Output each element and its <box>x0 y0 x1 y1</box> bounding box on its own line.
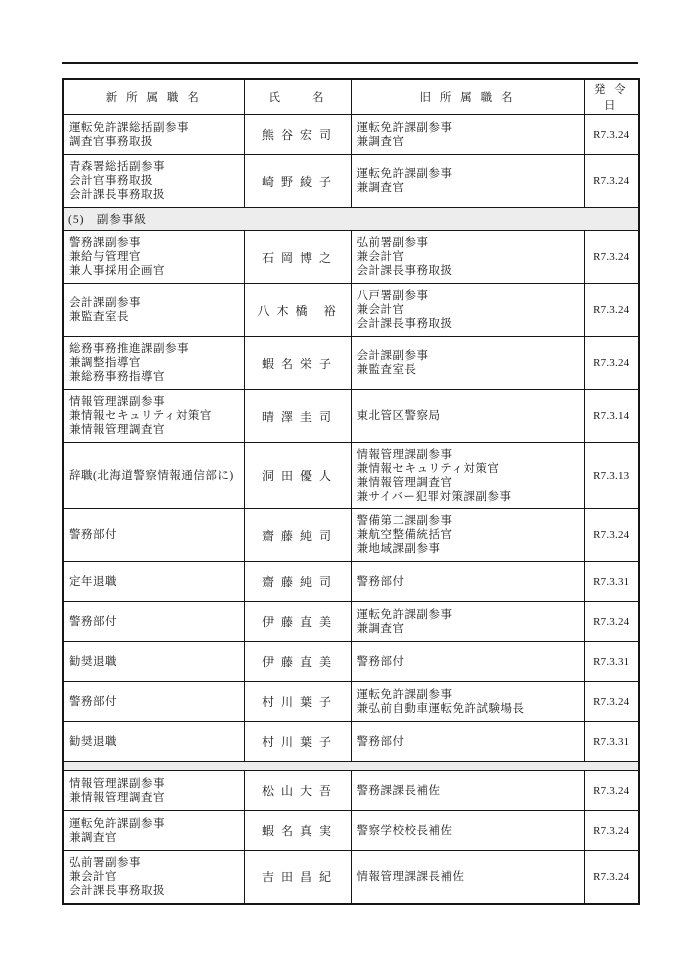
table-row: 警務部付村 川 葉 子運転免許課副参事 兼弘前自動車運転免許試験場長R7.3.2… <box>63 682 639 722</box>
date-cell: R7.3.24 <box>584 811 639 851</box>
date-cell: R7.3.24 <box>584 115 639 155</box>
table-row: 青森署総括副参事 会計官事務取扱 会計課長事務取扱崎 野 綾 子運転免許課副参事… <box>63 155 639 208</box>
name-cell: 村 川 葉 子 <box>244 682 351 722</box>
col-header-new-position: 新 所 属 職 名 <box>63 79 244 115</box>
table-row: 辞職(北海道警察情報通信部に)洞 田 優 人情報管理課副参事 兼情報セキュリティ… <box>63 443 639 509</box>
personnel-transfer-table: 新 所 属 職 名 氏 名 旧 所 属 職 名 発 令 日 運転免許課総括副参事… <box>62 78 640 905</box>
old-position-cell: 警務課課長補佐 <box>351 771 584 811</box>
date-cell: R7.3.13 <box>584 443 639 509</box>
new-position-cell: 勧奨退職 <box>63 722 244 762</box>
previous-table-bottom-border <box>62 62 638 64</box>
old-position-cell: 会計課副参事 兼監査室長 <box>351 337 584 390</box>
old-position-cell: 警務部付 <box>351 642 584 682</box>
new-position-cell: 警務部付 <box>63 509 244 562</box>
date-cell: R7.3.24 <box>584 851 639 904</box>
spacer-band <box>63 762 639 771</box>
old-position-cell: 警備第二課副参事 兼航空整備統括官 兼地域課副参事 <box>351 509 584 562</box>
old-position-cell: 警務部付 <box>351 722 584 762</box>
col-header-old-position: 旧 所 属 職 名 <box>351 79 584 115</box>
name-cell: 晴 澤 圭 司 <box>244 390 351 443</box>
date-cell: R7.3.24 <box>584 682 639 722</box>
new-position-cell: 会計課副参事 兼監査室長 <box>63 284 244 337</box>
old-position-cell: 弘前署副参事 兼会計官 会計課長事務取扱 <box>351 231 584 284</box>
name-cell: 齋 藤 純 司 <box>244 509 351 562</box>
table-row: 情報管理課副参事 兼情報管理調査官松 山 大 吾警務課課長補佐R7.3.24 <box>63 771 639 811</box>
old-position-cell: 運転免許課副参事 兼調査官 <box>351 115 584 155</box>
new-position-cell: 辞職(北海道警察情報通信部に) <box>63 443 244 509</box>
table-row: 総務事務推進課副参事 兼調整指導官 兼総務事務指導官蝦 名 栄 子会計課副参事 … <box>63 337 639 390</box>
old-position-cell: 運転免許課副参事 兼調査官 <box>351 155 584 208</box>
table-row: 弘前署副参事 兼会計官 会計課長事務取扱吉 田 昌 紀情報管理課課長補佐R7.3… <box>63 851 639 904</box>
old-position-cell: 警察学校校長補佐 <box>351 811 584 851</box>
table-row: 情報管理課副参事 兼情報セキュリティ対策官 兼情報管理調査官晴 澤 圭 司東北管… <box>63 390 639 443</box>
new-position-cell: 情報管理課副参事 兼情報セキュリティ対策官 兼情報管理調査官 <box>63 390 244 443</box>
name-cell: 石 岡 博 之 <box>244 231 351 284</box>
name-cell: 崎 野 綾 子 <box>244 155 351 208</box>
table-row: 会計課副参事 兼監査室長八 木 橋 裕八戸署副参事 兼会計官 会計課長事務取扱R… <box>63 284 639 337</box>
date-cell: R7.3.31 <box>584 722 639 762</box>
section-header-row: (5) 副参事級 <box>63 208 639 231</box>
old-position-cell: 情報管理課課長補佐 <box>351 851 584 904</box>
name-cell: 伊 藤 直 美 <box>244 642 351 682</box>
date-cell: R7.3.24 <box>584 284 639 337</box>
name-cell: 伊 藤 直 美 <box>244 602 351 642</box>
table-row: 警務部付伊 藤 直 美運転免許課副参事 兼調査官R7.3.24 <box>63 602 639 642</box>
col-header-issue-date: 発 令 日 <box>584 79 639 115</box>
old-position-cell: 運転免許課副参事 兼弘前自動車運転免許試験場長 <box>351 682 584 722</box>
date-cell: R7.3.14 <box>584 390 639 443</box>
new-position-cell: 弘前署副参事 兼会計官 会計課長事務取扱 <box>63 851 244 904</box>
new-position-cell: 警務課副参事 兼給与管理官 兼人事採用企画官 <box>63 231 244 284</box>
table-row: 警務課副参事 兼給与管理官 兼人事採用企画官石 岡 博 之弘前署副参事 兼会計官… <box>63 231 639 284</box>
old-position-cell: 八戸署副参事 兼会計官 会計課長事務取扱 <box>351 284 584 337</box>
name-cell: 村 川 葉 子 <box>244 722 351 762</box>
name-cell: 吉 田 昌 紀 <box>244 851 351 904</box>
date-cell: R7.3.24 <box>584 602 639 642</box>
date-cell: R7.3.24 <box>584 155 639 208</box>
date-cell: R7.3.31 <box>584 642 639 682</box>
name-cell: 八 木 橋 裕 <box>244 284 351 337</box>
date-cell: R7.3.24 <box>584 337 639 390</box>
new-position-cell: 運転免許課総括副参事 調査官事務取扱 <box>63 115 244 155</box>
new-position-cell: 総務事務推進課副参事 兼調整指導官 兼総務事務指導官 <box>63 337 244 390</box>
name-cell: 洞 田 優 人 <box>244 443 351 509</box>
table-row: 勧奨退職伊 藤 直 美警務部付R7.3.31 <box>63 642 639 682</box>
document-page: 新 所 属 職 名 氏 名 旧 所 属 職 名 発 令 日 運転免許課総括副参事… <box>0 0 680 961</box>
date-cell: R7.3.24 <box>584 509 639 562</box>
old-position-cell: 警務部付 <box>351 562 584 602</box>
old-position-cell: 東北管区警察局 <box>351 390 584 443</box>
table-body: 運転免許課総括副参事 調査官事務取扱熊 谷 宏 司運転免許課副参事 兼調査官R7… <box>63 115 639 904</box>
new-position-cell: 定年退職 <box>63 562 244 602</box>
old-position-cell: 運転免許課副参事 兼調査官 <box>351 602 584 642</box>
table-row: 勧奨退職村 川 葉 子警務部付R7.3.31 <box>63 722 639 762</box>
date-cell: R7.3.24 <box>584 771 639 811</box>
new-position-cell: 警務部付 <box>63 682 244 722</box>
new-position-cell: 運転免許課副参事 兼調査官 <box>63 811 244 851</box>
new-position-cell: 情報管理課副参事 兼情報管理調査官 <box>63 771 244 811</box>
name-cell: 松 山 大 吾 <box>244 771 351 811</box>
name-cell: 蝦 名 栄 子 <box>244 337 351 390</box>
section-label: (5) 副参事級 <box>63 208 639 231</box>
name-cell: 齋 藤 純 司 <box>244 562 351 602</box>
table-header-row: 新 所 属 職 名 氏 名 旧 所 属 職 名 発 令 日 <box>63 79 639 115</box>
date-cell: R7.3.24 <box>584 231 639 284</box>
name-cell: 蝦 名 真 実 <box>244 811 351 851</box>
new-position-cell: 勧奨退職 <box>63 642 244 682</box>
table-row: 定年退職齋 藤 純 司警務部付R7.3.31 <box>63 562 639 602</box>
spacer-row <box>63 762 639 771</box>
date-cell: R7.3.31 <box>584 562 639 602</box>
new-position-cell: 警務部付 <box>63 602 244 642</box>
old-position-cell: 情報管理課副参事 兼情報セキュリティ対策官 兼情報管理調査官 兼サイバー犯罪対策… <box>351 443 584 509</box>
name-cell: 熊 谷 宏 司 <box>244 115 351 155</box>
col-header-name: 氏 名 <box>244 79 351 115</box>
table-row: 警務部付齋 藤 純 司警備第二課副参事 兼航空整備統括官 兼地域課副参事R7.3… <box>63 509 639 562</box>
new-position-cell: 青森署総括副参事 会計官事務取扱 会計課長事務取扱 <box>63 155 244 208</box>
table-row: 運転免許課総括副参事 調査官事務取扱熊 谷 宏 司運転免許課副参事 兼調査官R7… <box>63 115 639 155</box>
table-row: 運転免許課副参事 兼調査官蝦 名 真 実警察学校校長補佐R7.3.24 <box>63 811 639 851</box>
